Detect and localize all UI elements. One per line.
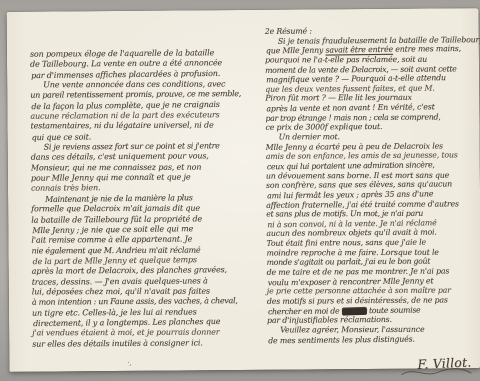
flourish-mark: ·, bbox=[127, 359, 132, 368]
line-text: un tigre etc. Celles-là, je les lui ai r… bbox=[32, 307, 197, 317]
line-text: de la façon la plus complète, que je ne … bbox=[31, 100, 220, 111]
signature-row: F. Villot. bbox=[267, 352, 480, 373]
line-text: monde s'agitait ou parlait, j'ai eu le b… bbox=[267, 257, 431, 267]
signature-flourish-icon bbox=[399, 364, 473, 379]
line-text: ceux qui lui portaient une admiration si… bbox=[267, 160, 435, 171]
handwritten-line: Une vente annoncée dans ces conditions, … bbox=[30, 79, 234, 90]
line-text: Un dernier mot. bbox=[279, 132, 340, 141]
handwritten-line: Un dernier mot. bbox=[266, 132, 480, 143]
line-text: de mes sentiments les plus distingués. bbox=[268, 334, 415, 345]
handwritten-line: Monsieur, qui ne me connaissez pas, et n… bbox=[31, 162, 235, 173]
line-text: traces, dessins. — J'en avais quelques-u… bbox=[32, 276, 208, 286]
line-text: directement, il y a longtemps. Les planc… bbox=[33, 317, 220, 328]
line-text: de la part de Mlle Jenny et quelque temp… bbox=[32, 255, 196, 266]
line-text: la bataille de Taillebourg fût la propri… bbox=[31, 214, 202, 224]
line-text: qui que ce soit. bbox=[32, 132, 92, 142]
line-text: connais très bien. bbox=[31, 184, 100, 194]
line-text: son pompeux éloge de l'aquarelle de la b… bbox=[30, 48, 214, 58]
line-text: je prie cette personne attachée à son ma… bbox=[267, 286, 451, 296]
line-text: des motifs si purs et si désintéressés, … bbox=[267, 295, 448, 305]
line-text: après la vente et non avant ! En vérité,… bbox=[266, 102, 434, 113]
line-text: et sans plus de motifs. Un mot, je n'ai … bbox=[266, 209, 423, 219]
line-text: Maintenant je nie de la manière la plus bbox=[45, 193, 193, 204]
line-text: ami lui fermât les yeux ; après 35 ans d… bbox=[267, 189, 433, 200]
handwritten-line: qui que ce soit. bbox=[32, 130, 236, 143]
handwritten-line: moindre reproche à me faire. Lorsque tou… bbox=[266, 247, 480, 258]
line-text: moindre reproche à me faire. Lorsque tou… bbox=[266, 247, 438, 257]
letter-right-column: 2e Résumé :Si je tenais frauduleusement … bbox=[265, 25, 480, 345]
line-text: ni à son convoi, ni à la vente. Je n'ai … bbox=[267, 218, 436, 229]
line-text: lui, déposées chez moi, qu'il n'avait pa… bbox=[32, 286, 210, 296]
line-text: formelle que Delacroix m'ait jamais dit … bbox=[31, 204, 200, 214]
line-text: de Taillebourg. La vente en outre a été … bbox=[30, 59, 222, 70]
line-text: pour Mlle Jenny qui me connaît et que je bbox=[31, 173, 191, 183]
line-text: nie également que M. Andrieu m'ait récla… bbox=[31, 245, 200, 255]
line-text: magnifique vente ? — Pourquoi a-t-elle a… bbox=[266, 73, 446, 84]
line-text: de me taire et de ne pas me montrer. Je … bbox=[267, 266, 450, 276]
line-text: un pareil retentissement promis, prouve,… bbox=[30, 89, 241, 100]
photo-background: son pompeux éloge de l'aquarelle de la b… bbox=[0, 0, 480, 381]
line-text: toute soumise bbox=[367, 305, 421, 315]
handwritten-line: lui, déposées chez moi, qu'il n'avait pa… bbox=[32, 286, 236, 297]
line-text: testamentaires, ni du légataire universe… bbox=[30, 121, 213, 131]
line-text: ce prix de 3000f explique tout. bbox=[265, 122, 382, 132]
underlined-text: savait être entrée bbox=[325, 45, 393, 55]
handwritten-line: de mes sentiments les plus distingués. bbox=[268, 333, 480, 345]
handwritten-line: j'ai vendues étaient à moi, et je pourra… bbox=[32, 328, 236, 339]
line-text: sur elles des détails inutiles à consign… bbox=[32, 338, 203, 348]
handwritten-line: un dévouement sans borne. Il est mort sa… bbox=[266, 170, 480, 181]
letter-paper: son pompeux éloge de l'aquarelle de la b… bbox=[7, 8, 480, 372]
handwritten-line: je prie cette personne attachée à son ma… bbox=[267, 286, 480, 297]
line-text: à mon intention : un Faune assis, des va… bbox=[32, 296, 238, 307]
line-text: Mlle Jenny ; je nie que ce soit elle qui… bbox=[32, 224, 193, 235]
line-text: par d'immenses affiches placardées à pro… bbox=[31, 68, 220, 79]
line-text: pourquoi ne l'a-t-elle pas réclamée, soi… bbox=[265, 55, 427, 65]
line-text: que Mlle Jenny bbox=[266, 46, 326, 56]
line-text: Mlle Jenny a écarté peu à peu de Delacro… bbox=[266, 141, 443, 151]
handwritten-line: de la façon la plus complète, que je ne … bbox=[31, 99, 235, 112]
line-text: un dévouement sans borne. Il est mort sa… bbox=[266, 170, 449, 180]
scribbled-out-word: plainte bbox=[341, 307, 366, 314]
line-text: Piron fût mort ? — Elle lit les journaux bbox=[265, 93, 411, 103]
handwritten-line: formelle que Delacroix m'ait jamais dit … bbox=[31, 204, 235, 215]
line-text: Monsieur, qui ne me connaissez pas, et n… bbox=[31, 162, 201, 172]
handwritten-line: chercher en moi de plainte toute soumise bbox=[268, 304, 480, 316]
line-text: Veuillez agréer, Monsieur, l'assurance bbox=[280, 325, 424, 335]
line-text: chercher en moi de bbox=[268, 306, 342, 316]
line-text: 2e Résumé : bbox=[265, 26, 312, 35]
handwritten-line: sur elles des détails inutiles à consign… bbox=[32, 338, 236, 350]
line-text: entre mes mains, bbox=[393, 44, 461, 54]
line-text: j'ai vendues étaient à moi, et je pourra… bbox=[32, 328, 219, 338]
letter-left-column: son pompeux éloge de l'aquarelle de la b… bbox=[30, 48, 236, 350]
line-text: Tout était fini entre nous, sans que j'a… bbox=[266, 238, 426, 248]
handwritten-line: pourquoi ne l'a-t-elle pas réclamée, soi… bbox=[265, 54, 479, 65]
line-text: dans ces détails, c'est uniquement pour … bbox=[31, 152, 209, 162]
line-text: par trop étrange ! mais non ; cela se co… bbox=[265, 112, 440, 122]
line-text: Une vente annoncée dans ces conditions, … bbox=[43, 79, 225, 89]
